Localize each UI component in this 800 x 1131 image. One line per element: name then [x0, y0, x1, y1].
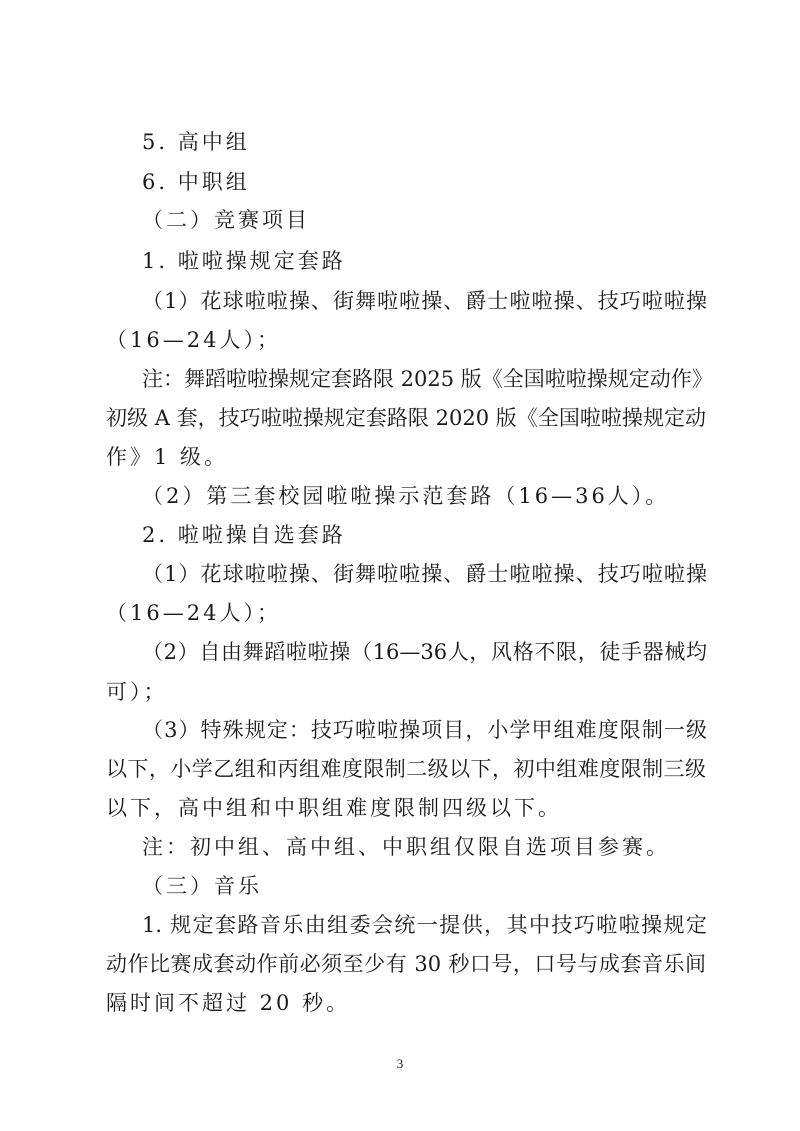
text-line: 6. 中职组 [142, 168, 250, 196]
text-line: （2）第三套校园啦啦操示范套路（16—36人）。 [142, 482, 669, 510]
page-number: 3 [0, 1056, 800, 1072]
document-page: 5. 高中组6. 中职组（二）竞赛项目1. 啦啦操规定套路（1）花球啦啦操、街舞… [0, 0, 800, 1131]
text-line: 作》1 级。 [106, 443, 228, 471]
text-line: 隔时间不超过 20 秒。 [106, 989, 350, 1017]
text-line: （16—24人）； [106, 326, 281, 354]
text-line: 可）； [106, 678, 168, 706]
text-line: （1）花球啦啦操、街舞啦啦操、爵士啦啦操、技巧啦啦操 [142, 287, 707, 315]
text-line: （2）自由舞蹈啦啦操（16—36人，风格不限，徒手器械均 [142, 638, 707, 666]
text-line: 初级 A 套，技巧啦啦操规定套路限 2020 版《全国啦啦操规定动 [106, 404, 706, 432]
text-line: 2. 啦啦操自选套路 [142, 521, 346, 549]
text-line: 注：舞蹈啦啦操规定套路限 2025 版《全国啦啦操规定动作》 [142, 365, 707, 393]
text-line: （三）音乐 [142, 872, 262, 900]
text-line: 以下，高中组和中职组难度限制四级以下。 [106, 794, 562, 822]
text-line: （16—24人）； [106, 599, 281, 627]
text-line: 5. 高中组 [142, 128, 250, 156]
text-line: 以下，小学乙组和丙组难度限制二级以下，初中组难度限制三级 [106, 755, 706, 783]
text-line: 1. 啦啦操规定套路 [142, 247, 346, 275]
text-line: （1）花球啦啦操、街舞啦啦操、爵士啦啦操、技巧啦啦操 [142, 560, 707, 588]
text-line: （二）竞赛项目 [142, 206, 310, 234]
text-line: 动作比赛成套动作前必须至少有 30 秒口号，口号与成套音乐间 [106, 950, 706, 978]
text-line: 注：初中组、高中组、中职组仅限自选项目参赛。 [142, 833, 670, 861]
text-line: （3）特殊规定：技巧啦啦操项目，小学甲组难度限制一级 [142, 716, 707, 744]
text-line: 1. 规定套路音乐由组委会统一提供，其中技巧啦啦操规定 [142, 911, 707, 939]
